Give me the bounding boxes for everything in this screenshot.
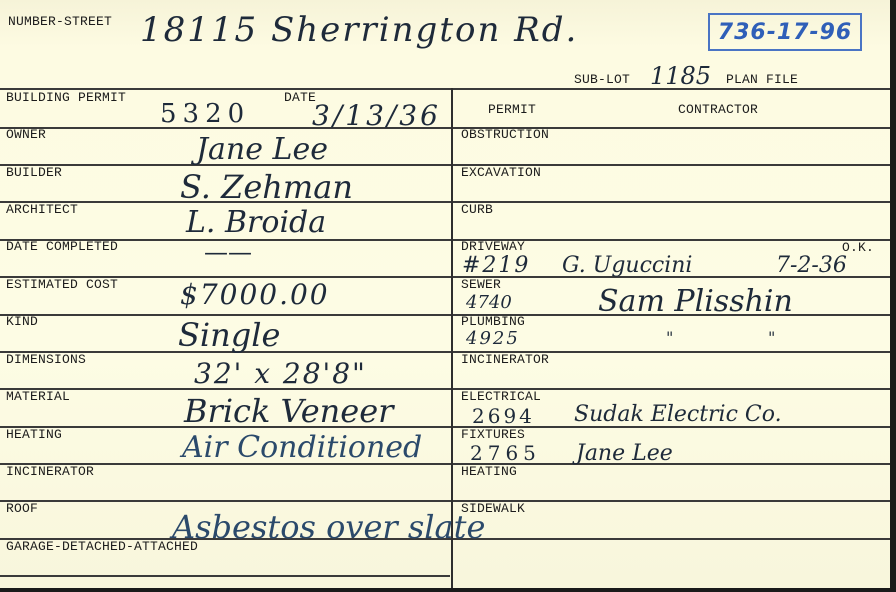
- rule: [0, 388, 896, 390]
- rule: [0, 127, 896, 129]
- plumbing-label: PLUMBING: [461, 314, 525, 329]
- rule: [0, 88, 896, 90]
- roof-label: ROOF: [6, 501, 38, 516]
- card-edge: [890, 0, 896, 592]
- architect-label: ARCHITECT: [6, 202, 78, 217]
- material-label: MATERIAL: [6, 389, 70, 404]
- kind-label: KIND: [6, 314, 38, 329]
- driveway-permit: #219: [462, 253, 530, 278]
- fixtures-label: FIXTURES: [461, 427, 525, 442]
- contractor-header: CONTRACTOR: [678, 102, 758, 117]
- sewer-contractor: Sam Plisshin: [598, 284, 793, 319]
- rule: [0, 201, 896, 203]
- owner-label: OWNER: [6, 127, 46, 142]
- estimated-cost-label: ESTIMATED COST: [6, 277, 118, 292]
- fixtures-contractor: Jane Lee: [576, 441, 673, 466]
- number-street-value: 18115 Sherrington Rd.: [140, 10, 578, 50]
- dimensions-label: DIMENSIONS: [6, 352, 86, 367]
- plumbing-contractor-ditto: ": [666, 328, 673, 347]
- rule: [0, 239, 896, 241]
- permit-header: PERMIT: [488, 102, 536, 117]
- number-street-label: NUMBER-STREET: [8, 14, 112, 29]
- garage-label: GARAGE-DETACHED-ATTACHED: [6, 539, 198, 554]
- date-completed-value: ——: [204, 238, 252, 266]
- excavation-label: EXCAVATION: [461, 165, 541, 180]
- driveway-ok-date: 7-2-36: [776, 253, 847, 278]
- incinerator-permit-label: INCINERATOR: [461, 352, 549, 367]
- sub-lot-value: 1185: [650, 62, 711, 90]
- obstruction-label: OBSTRUCTION: [461, 127, 549, 142]
- electrical-label: ELECTRICAL: [461, 389, 541, 404]
- owner-value: Jane Lee: [196, 132, 328, 167]
- builder-label: BUILDER: [6, 165, 62, 180]
- date-value: 3/13/36: [312, 99, 441, 132]
- curb-label: CURB: [461, 202, 493, 217]
- roof-value: Asbestos over slate: [172, 508, 485, 546]
- permit-index-card: NUMBER-STREET 18115 Sherrington Rd. 736-…: [0, 0, 896, 588]
- plan-file-label: PLAN FILE: [726, 72, 798, 87]
- dimensions-value: 32' x 28'8": [194, 357, 367, 390]
- electrical-contractor: Sudak Electric Co.: [574, 402, 782, 427]
- architect-value: L. Broida: [186, 205, 326, 240]
- builder-value: S. Zehman: [180, 168, 353, 206]
- sub-lot-label: SUB-LOT: [574, 72, 630, 87]
- sewer-label: SEWER: [461, 277, 501, 292]
- heating-value: Air Conditioned: [182, 430, 422, 465]
- rule: [0, 575, 450, 577]
- sewer-permit: 4740: [466, 292, 512, 313]
- rule: [0, 463, 896, 465]
- estimated-cost-value: $7000.00: [180, 278, 330, 311]
- card-bottom-edge: [0, 588, 896, 592]
- electrical-permit: 2694: [472, 404, 535, 428]
- plumbing-ok-ditto: ": [768, 328, 775, 347]
- kind-value: Single: [178, 316, 280, 354]
- heating-permit-label: HEATING: [461, 464, 517, 479]
- rule: [0, 276, 896, 278]
- fixtures-permit: 2765: [470, 441, 541, 465]
- material-value: Brick Veneer: [184, 392, 393, 430]
- rule: [0, 351, 896, 353]
- rule: [0, 164, 896, 166]
- rule: [0, 500, 896, 502]
- heating-label: HEATING: [6, 427, 62, 442]
- incinerator-label: INCINERATOR: [6, 464, 94, 479]
- building-permit-label: BUILDING PERMIT: [6, 90, 126, 105]
- file-stamp: 736-17-96: [708, 13, 862, 51]
- plumbing-permit: 4925: [466, 328, 520, 349]
- date-completed-label: DATE COMPLETED: [6, 239, 118, 254]
- building-permit-value: 5320: [160, 99, 250, 129]
- driveway-label: DRIVEWAY: [461, 239, 525, 254]
- driveway-contractor: G. Uguccini: [562, 253, 692, 278]
- sidewalk-label: SIDEWALK: [461, 501, 525, 516]
